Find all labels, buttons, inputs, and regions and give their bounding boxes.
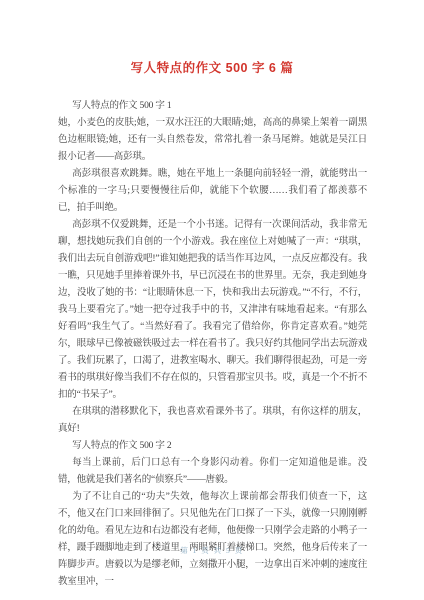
section-1-paragraph-2: 高彭琪很喜欢跳舞。瞧，她在平地上一条腿向前轻轻一滑，就能劈出一个标准的一字马;只… [58, 166, 367, 217]
document-body: 写人特点的作文 500 字 1 她，小麦色的皮肤;她，一双水汪汪的大眼睛;她，高… [58, 98, 367, 591]
section-1-paragraph-4: 在琪琪的潜移默化下，我也喜欢看课外书了。琪琪，有你这样的朋友，真好! [58, 404, 367, 438]
document-page: 写人特点的作文 500 字 6 篇 写人特点的作文 500 字 1 她，小麦色的… [0, 0, 424, 600]
document-title: 写人特点的作文 500 字 6 篇 [0, 59, 424, 77]
section-1-paragraph-1: 她，小麦色的皮肤;她，一双水汪汪的大眼睛;她，高高的鼻梁上架着一副黑色边框眼镜;… [58, 115, 367, 166]
section-2-paragraph-2: 为了不让自己的“功夫”失效，他每次上课前都会帮我们侦查一下，这不，他又在门口来回… [58, 489, 367, 591]
section-1-heading: 写人特点的作文 500 字 1 [58, 98, 367, 115]
section-1-paragraph-3: 高彭琪不仅爱跳舞，还是一个小书迷。记得有一次课间活动，我非常无聊，想找她玩我们自… [58, 217, 367, 404]
section-2-heading: 写人特点的作文 500 字 2 [58, 438, 367, 455]
page-number: 第 1 页 共 5 页 [0, 546, 424, 556]
section-2-paragraph-1: 每当上课前，后门口总有一个身影闪动着。你们一定知道他是谁。没错，他就是我们著名的… [58, 455, 367, 489]
